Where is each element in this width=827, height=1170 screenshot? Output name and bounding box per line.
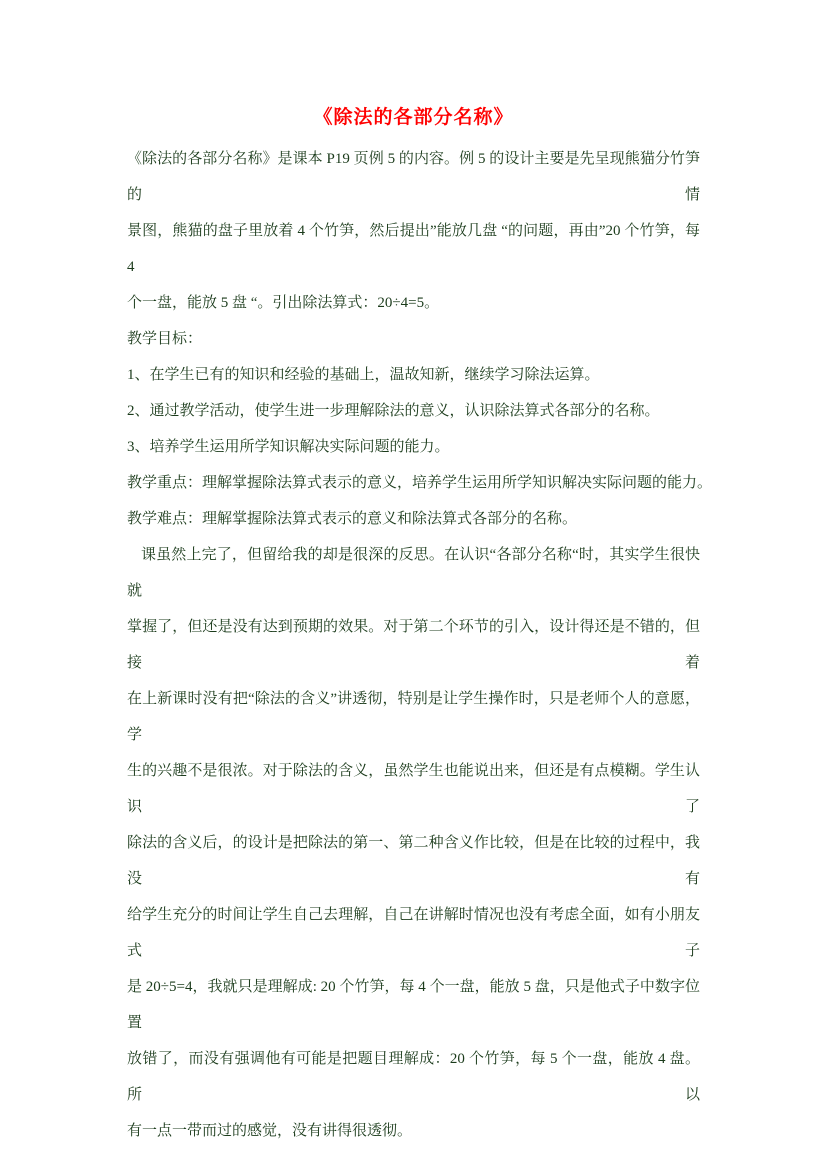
document-body: 《除法的各部分名称》是课本 P19 页例 5 的内容。例 5 的设计主要是先呈现…	[127, 141, 700, 1149]
document-title: 《除法的各部分名称》	[127, 0, 700, 130]
text-line: 掌握了，但还是没有达到预期的效果。对于第二个环节的引入，设计得还是不错的，但接着	[127, 609, 700, 681]
text-line: 3、培养学生运用所学知识解决实际问题的能力。	[127, 429, 700, 465]
text-line: 生的兴趣不是很浓。对于除法的含义，虽然学生也能说出来，但还是有点模糊。学生认识了	[127, 753, 700, 825]
text-line: 除法的含义后，的设计是把除法的第一、第二种含义作比较，但是在比较的过程中，我没有	[127, 825, 700, 897]
text-line: 教学难点：理解掌握除法算式表示的意义和除法算式各部分的名称。	[127, 501, 700, 537]
text-line: 教学目标：	[127, 321, 700, 357]
text-line: 1、在学生已有的知识和经验的基础上，温故知新，继续学习除法运算。	[127, 357, 700, 393]
text-line: 2、通过教学活动，使学生进一步理解除法的意义，认识除法算式各部分的名称。	[127, 393, 700, 429]
text-line: 放错了，而没有强调他有可能是把题目理解成：20 个竹笋，每 5 个一盘，能放 4…	[127, 1041, 700, 1113]
text-line: 有一点一带而过的感觉，没有讲得很透彻。	[127, 1113, 700, 1149]
document-page: 《除法的各部分名称》 《除法的各部分名称》是课本 P19 页例 5 的内容。例 …	[0, 0, 827, 1170]
text-line: 教学重点：理解掌握除法算式表示的意义，培养学生运用所学知识解决实际问题的能力。	[127, 465, 700, 501]
text-line: 是 20÷5=4，我就只是理解成: 20 个竹笋，每 4 个一盘，能放 5 盘，…	[127, 969, 700, 1041]
text-line: 课虽然上完了，但留给我的却是很深的反思。在认识“各部分名称“时，其实学生很快就	[127, 537, 700, 609]
text-line: 在上新课时没有把“除法的含义”讲透彻，特别是让学生操作时，只是老师个人的意愿，学	[127, 681, 700, 753]
text-line: 《除法的各部分名称》是课本 P19 页例 5 的内容。例 5 的设计主要是先呈现…	[127, 141, 700, 213]
text-line: 个一盘，能放 5 盘 “。引出除法算式：20÷4=5。	[127, 285, 700, 321]
text-line: 给学生充分的时间让学生自己去理解，自己在讲解时情况也没有考虑全面，如有小朋友式子	[127, 897, 700, 969]
text-line: 景图，熊猫的盘子里放着 4 个竹笋，然后提出”能放几盘 “的问题，再由”20 个…	[127, 213, 700, 285]
